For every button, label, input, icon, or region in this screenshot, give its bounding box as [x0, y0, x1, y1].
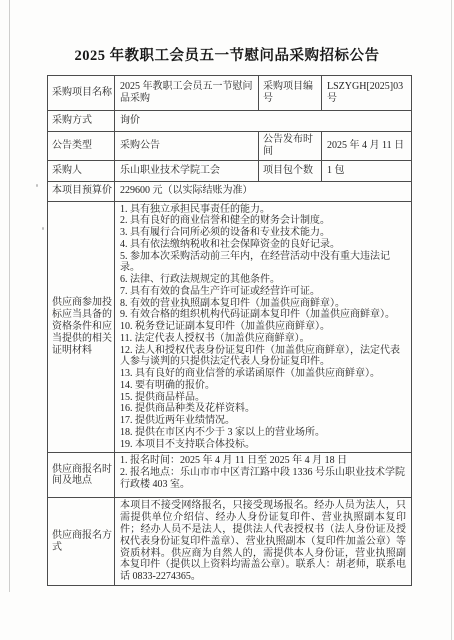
- qualification-item: 7. 具有有效的食品生产许可证或经营许可证。: [120, 286, 406, 298]
- row-notice-type: 公告类型 采购公告 公告发布时间 2025 年 4 月 11 日: [48, 132, 412, 161]
- qualification-item: 18. 提供在市区内不少于 3 家以上的营业场所。: [120, 427, 406, 439]
- qualification-item: 6. 法律、行政法规规定的其他条件。: [120, 274, 406, 286]
- purchaser-value: 乐山职业技术学院工会: [115, 160, 259, 181]
- qualification-item: 15. 提供商品样品。: [120, 392, 406, 404]
- scan-edge-artifact-left: [9, 0, 10, 592]
- notice-type-label: 公告类型: [48, 132, 115, 161]
- row-registration-method: 供应商报名方式 本项目不接受网络报名，只接受现场报名。经办人员为法人，只需提供单…: [48, 498, 412, 586]
- publish-date-label: 公告发布时间: [259, 132, 322, 161]
- registration-method-text: 本项目不接受网络报名，只接受现场报名。经办人员为法人，只需提供单位介绍信、经办人…: [115, 498, 412, 586]
- qualification-item: 12. 法人和授权代表身份证复印件（加盖供应商鲜章），法定代表人参与谈判的只提供…: [120, 345, 406, 369]
- qualification-item: 5. 参加本次采购活动前三年内，在经营活动中没有重大违法记录。: [120, 251, 406, 275]
- scan-speck: [36, 184, 38, 187]
- qualification-item: 11. 法定代表人授权书（加盖供应商鲜章）。: [120, 333, 406, 345]
- project-no-label: 采购项目编号: [259, 76, 322, 111]
- method-value: 询价: [115, 111, 412, 132]
- document-title: 2025 年教职工会员五一节慰问品采购招标公告: [0, 44, 454, 65]
- qualification-item: 3. 具有履行合同所必须的设备和专业技术能力。: [120, 227, 406, 239]
- announcement-table: 采购项目名称 2025 年教职工会员五一节慰问品采购 采购项目编号 LSZYGH…: [47, 75, 412, 586]
- qualification-item: 10. 税务登记证副本复印件（加盖供应商鲜章）。: [120, 321, 406, 333]
- qualification-item: 4. 具有依法缴纳税收和社会保障资金的良好记录。: [120, 239, 406, 251]
- publish-date-value: 2025 年 4 月 11 日: [322, 132, 412, 161]
- method-label: 采购方式: [48, 111, 115, 132]
- registration-list: 1. 报名时间：2025 年 4 月 11 日至 2025 年 4 月 18 日…: [115, 453, 412, 498]
- row-project-name: 采购项目名称 2025 年教职工会员五一节慰问品采购 采购项目编号 LSZYGH…: [48, 76, 412, 111]
- registration-method-label: 供应商报名方式: [48, 498, 115, 586]
- package-count-label: 项目包个数: [259, 160, 322, 181]
- qualification-item: 13. 具有良好的商业信誉的承诺函原件（加盖供应商鲜章）。: [120, 368, 406, 380]
- qualification-item: 2. 具有良好的商业信誉和健全的财务会计制度。: [120, 215, 406, 227]
- scanned-document-page: 2025 年教职工会员五一节慰问品采购招标公告 采购项目名称 2025 年教职工…: [0, 0, 454, 640]
- row-purchaser: 采购人 乐山职业技术学院工会 项目包个数 1 包: [48, 160, 412, 181]
- project-name-label: 采购项目名称: [48, 76, 115, 111]
- budget-value: 229600 元（以实际结账为准）: [115, 181, 412, 201]
- qualification-item: 19. 本项目不支持联合体投标。: [120, 439, 406, 451]
- qualification-item: 14. 要有明确的报价。: [120, 380, 406, 392]
- row-budget: 本项目预算价 229600 元（以实际结账为准）: [48, 181, 412, 201]
- project-name-value: 2025 年教职工会员五一节慰问品采购: [115, 76, 259, 111]
- purchaser-label: 采购人: [48, 160, 115, 181]
- row-method: 采购方式 询价: [48, 111, 412, 132]
- qualifications-label: 供应商参加投标应当具备的资格条件和应当提供的相关证明材料: [48, 201, 115, 453]
- qualification-item: 16. 提供商品种类及花样资料。: [120, 403, 406, 415]
- budget-label: 本项目预算价: [48, 181, 115, 201]
- row-qualifications: 供应商参加投标应当具备的资格条件和应当提供的相关证明材料 1. 具有独立承担民事…: [48, 201, 412, 453]
- qualification-item: 17. 提供近两年业绩情况。: [120, 415, 406, 427]
- registration-label: 供应商报名时间及地点: [48, 453, 115, 498]
- scan-speck: [42, 227, 44, 230]
- registration-item: 2. 报名地点：乐山市市中区青江路中段 1336 号乐山职业技术学院行政楼 40…: [120, 467, 406, 491]
- qualification-item: 9. 有效合格的组织机构代码证副本复印件（加盖供应商鲜章）。: [120, 309, 406, 321]
- project-no-value: LSZYGH[2025]03 号: [322, 76, 412, 111]
- scan-edge-artifact-right: [451, 0, 452, 640]
- package-count-value: 1 包: [322, 160, 412, 181]
- qualifications-list: 1. 具有独立承担民事责任的能力。 2. 具有良好的商业信誉和健全的财务会计制度…: [115, 201, 412, 453]
- qualification-item: 8. 有效的营业执照副本复印件（加盖供应商鲜章）。: [120, 298, 406, 310]
- registration-item: 1. 报名时间：2025 年 4 月 11 日至 2025 年 4 月 18 日: [120, 455, 406, 467]
- qualification-item: 1. 具有独立承担民事责任的能力。: [120, 204, 406, 216]
- notice-type-value: 采购公告: [115, 132, 259, 161]
- row-registration: 供应商报名时间及地点 1. 报名时间：2025 年 4 月 11 日至 2025…: [48, 453, 412, 498]
